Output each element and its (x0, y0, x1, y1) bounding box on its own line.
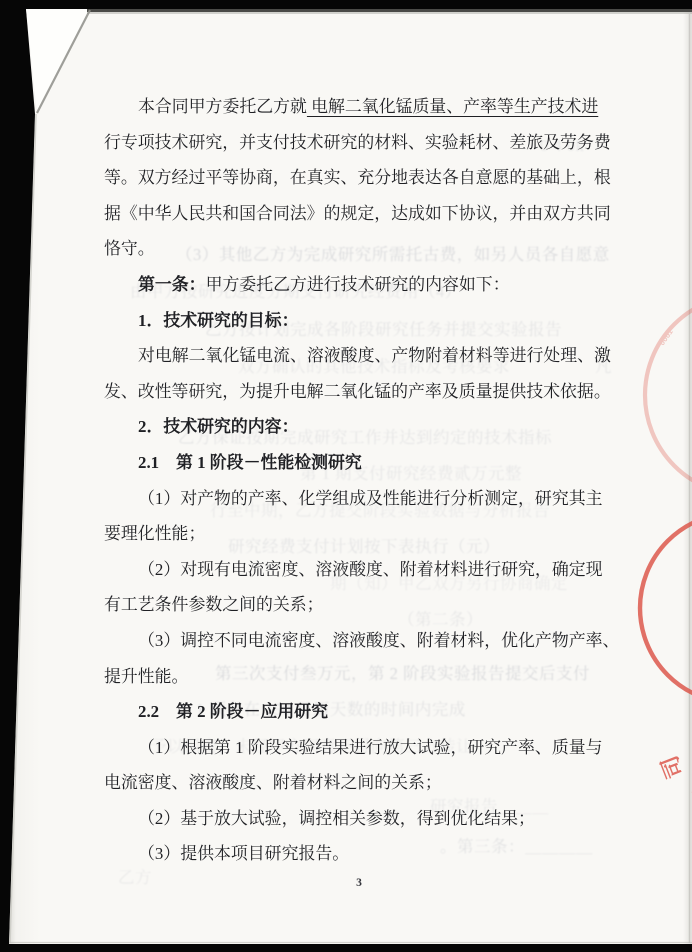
text-line: 对电解二氧化锰电流、溶液酸度、产物附着材料等进行处理、激 (104, 338, 618, 374)
text-segment: （3）提供本项目研究报告。 (138, 844, 349, 863)
text-segment: 电流密度、溶液酸度、附着材料之间的关系； (104, 773, 442, 792)
text-segment: 提升性能。 (104, 667, 188, 686)
text-segment: （2）对现有电流密度、溶液酸度、附着材料进行研究，确定现 (138, 560, 603, 579)
text-line: 恪守。 (104, 231, 618, 267)
text-segment: （3）调控不同电流密度、溶液酸度、附着材料，优化产物产率、 (138, 631, 619, 650)
text-segment: 1．技术研究的目标： (138, 311, 298, 330)
text-segment: 第一条： (138, 275, 206, 294)
text-line: 行专项技术研究，并支付技术研究的材料、实验耗材、差旅及劳务费 (104, 125, 618, 161)
text-segment: （2）基于放大试验，调控相关参数，得到优化结果； (138, 809, 535, 828)
text-segment: 2．技术研究的内容： (138, 417, 298, 436)
text-segment: （1）对产物的产率、化学组成及性能进行分析测定，研究其主 (138, 489, 603, 508)
scanned-contract-page: { "document": { "page_number": "3", "lin… (0, 0, 692, 952)
text-segment: 行专项技术研究，并支付技术研究的材料、实验耗材、差旅及劳务费 (104, 133, 611, 152)
text-segment: 据《中华人民共和国合同法》的规定，达成如下协议，并由双方共同 (104, 204, 611, 223)
text-line: 本合同甲方委托乙方就 电解二氧化锰质量、产率等生产技术进 (104, 89, 618, 125)
text-segment: 有工艺条件参数之间的关系； (104, 595, 324, 614)
contract-body-text: 本合同甲方委托乙方就 电解二氧化锰质量、产率等生产技术进行专项技术研究，并支付技… (104, 89, 618, 872)
text-segment: 要理化性能； (104, 524, 205, 543)
text-line: 电流密度、溶液酸度、附着材料之间的关系； (104, 765, 618, 801)
text-line: 据《中华人民共和国合同法》的规定，达成如下协议，并由双方共同 (104, 196, 618, 232)
text-line: （3）提供本项目研究报告。 (104, 836, 618, 872)
text-segment: （1）根据第 1 阶段实验结果进行放大试验，研究产率、质量与 (138, 738, 603, 757)
text-line: 要理化性能； (104, 516, 618, 552)
text-segment: 2.1 第 1 阶段－性能检测研究 (138, 453, 362, 472)
text-segment: 等。双方经过平等协商，在真实、充分地表达各自意愿的基础上，根 (104, 168, 611, 187)
text-line: 1．技术研究的目标： (104, 303, 618, 339)
text-line: （1）根据第 1 阶段实验结果进行放大试验，研究产率、质量与 (104, 730, 618, 766)
text-line: （2）对现有电流密度、溶液酸度、附着材料进行研究，确定现 (104, 552, 618, 588)
text-line: 发、改性等研究，为提升电解二氧化锰的产率及质量提供技术依据。 (104, 374, 618, 410)
text-segment: 对电解二氧化锰电流、溶液酸度、产物附着材料等进行处理、激 (138, 346, 611, 365)
text-line: （3）调控不同电流密度、溶液酸度、附着材料，优化产物产率、 (104, 623, 618, 659)
text-segment: 本合同甲方委托乙方就 (138, 97, 307, 116)
text-line: 有工艺条件参数之间的关系； (104, 587, 618, 623)
paper-sheet: 0 4 0k（3）其他乙方为完成研究所需托古费，如另人员各自愿意由甲方按研究进度… (0, 0, 692, 952)
text-line: （1）对产物的产率、化学组成及性能进行分析测定，研究其主 (104, 481, 618, 517)
text-segment: 甲方委托乙方进行技术研究的内容如下： (206, 275, 510, 294)
text-line: 2．技术研究的内容： (104, 409, 618, 445)
text-line: （2）基于放大试验，调控相关参数，得到优化结果； (104, 801, 618, 837)
text-segment: 发、改性等研究，为提升电解二氧化锰的产率及质量提供技术依据。 (104, 382, 611, 401)
text-line: 第一条：甲方委托乙方进行技术研究的内容如下： (104, 267, 618, 303)
text-line: 等。双方经过平等协商，在真实、充分地表达各自意愿的基础上，根 (104, 160, 618, 196)
text-segment: 电解二氧化锰质量、产率等生产技术进 (307, 97, 598, 116)
text-line: 提升性能。 (104, 659, 618, 695)
page-number: 3 (26, 877, 692, 889)
text-line: 2.2 第 2 阶段－应用研究 (104, 694, 618, 730)
text-segment: 2.2 第 2 阶段－应用研究 (138, 702, 328, 721)
text-line: 2.1 第 1 阶段－性能检测研究 (104, 445, 618, 481)
text-segment: 恪守。 (104, 239, 155, 258)
